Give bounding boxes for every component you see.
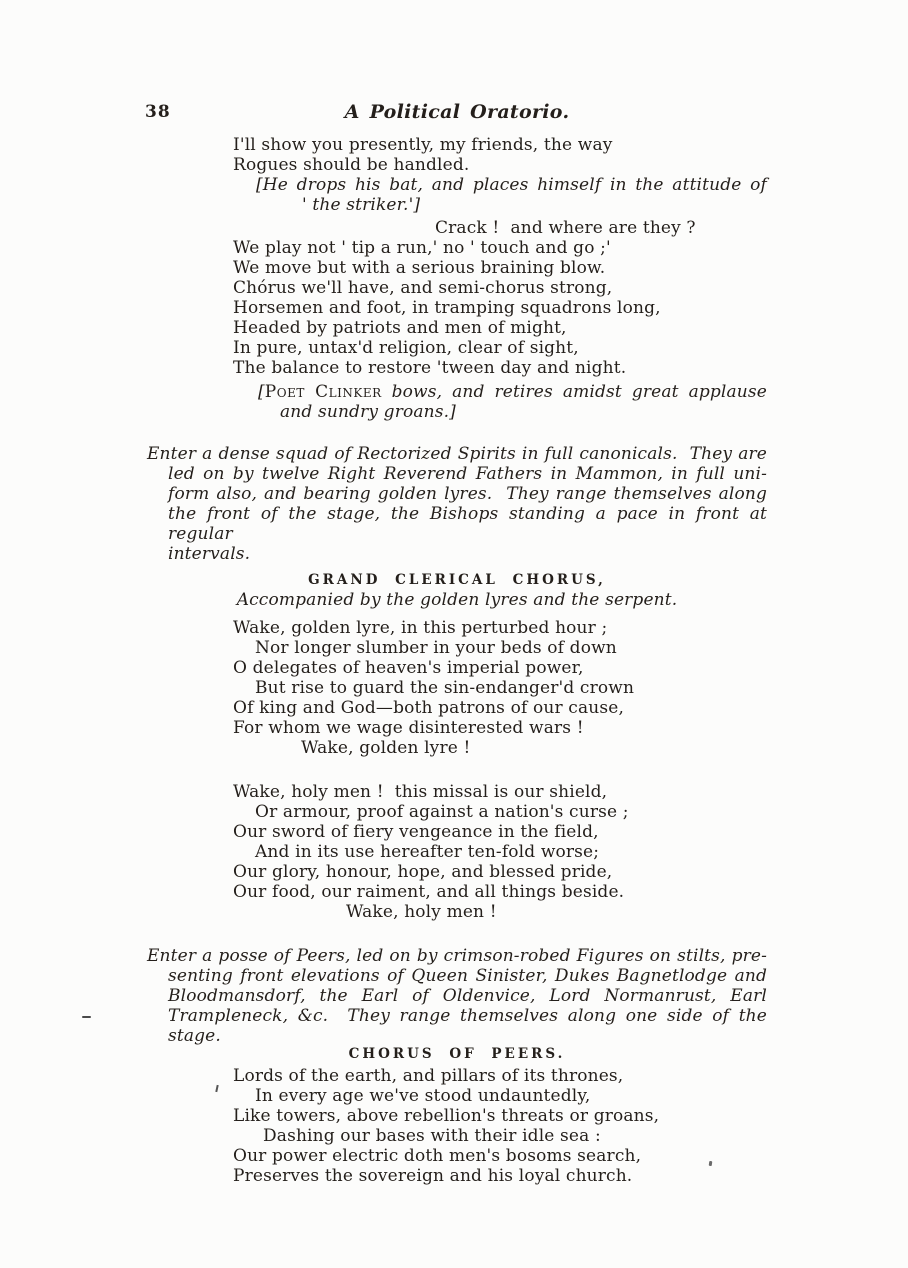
verse-line: Like towers, above rebellion's threats o… [233, 1106, 767, 1126]
verse-line: Wake, golden lyre, in this perturbed hou… [233, 618, 767, 638]
stage-direction-line: ' the striker.'] [302, 195, 767, 215]
verse-line: Preserves the sovereign and his loyal ch… [233, 1166, 767, 1186]
verse-line: For whom we wage disinterested wars ! [233, 718, 767, 738]
verse-line: We move but with a serious braining blow… [233, 258, 767, 278]
verse-line: Dashing our bases with their idle sea : [263, 1126, 767, 1146]
chorus-heading: GRAND CLERICAL CHORUS, [147, 570, 767, 590]
chorus-subheading: Accompanied by the golden lyres and the … [147, 590, 767, 610]
verse-line: Crack ! and where are they ? [435, 218, 767, 238]
chorus-heading: CHORUS OF PEERS. [147, 1044, 767, 1064]
verse-line: Our power electric doth men's bosoms sea… [233, 1146, 767, 1166]
running-title: A Political Oratorio. [147, 101, 767, 123]
spirits-stage-direction: Enter a dense squad of Rectorized Spirit… [147, 444, 767, 564]
page-number: 38 [145, 102, 171, 122]
verse-line: Nor longer slumber in your beds of down [255, 638, 767, 658]
verse-line: We play not ' tip a run,' no ' touch and… [233, 238, 767, 258]
stanza: Lords of the earth, and pillars of its t… [147, 1066, 767, 1186]
text-block: 38 A Political Oratorio. I'll show you p… [147, 0, 767, 1186]
verse-line: Our food, our raiment, and all things be… [233, 882, 767, 902]
stage-direction-line: [He drops his bat, and places himself in… [256, 175, 767, 195]
stage-direction-line: Bloodmansdorf, the Earl of Oldenvice, Lo… [168, 986, 767, 1006]
stage-direction-line: Enter a posse of Peers, led on by crimso… [147, 946, 767, 966]
verse-line: And in its use hereafter ten-fold worse; [255, 842, 767, 862]
stage-direction-line: Trampleneck, &c. They range themselves a… [168, 1006, 767, 1026]
verse-line: Wake, holy men ! this missal is our shie… [233, 782, 767, 802]
verse-line: Headed by patriots and men of might, [233, 318, 767, 338]
stanza: Wake, golden lyre, in this perturbed hou… [147, 618, 767, 758]
stage-direction-line: intervals. [168, 544, 767, 564]
verse-line: Of king and God—both patrons of our caus… [233, 698, 767, 718]
verse-line: Lords of the earth, and pillars of its t… [233, 1066, 767, 1086]
verse-line: But rise to guard the sin-endanger'd cro… [255, 678, 767, 698]
peers-stage-direction: Enter a posse of Peers, led on by crimso… [147, 946, 767, 1046]
exit-direction-line: and sundry groans.] [280, 402, 767, 422]
exit-direction: [Poet Clinker bows, and retires amidst g… [147, 382, 767, 422]
stage-direction-line: form also, and bearing golden lyres. The… [168, 484, 767, 504]
exit-direction-line: [Poet Clinker bows, and retires amidst g… [258, 382, 767, 402]
stage-direction-line: stage. [168, 1026, 767, 1046]
refrain-line: Wake, holy men ! [346, 902, 767, 922]
book-page: 38 A Political Oratorio. I'll show you p… [0, 0, 908, 1268]
verse-line: Our sword of fiery vengeance in the fiel… [233, 822, 767, 842]
open-bracket: [ [258, 382, 265, 402]
verse-line: Our glory, honour, hope, and blessed pri… [233, 862, 767, 882]
verse-line: O delegates of heaven's imperial power, [233, 658, 767, 678]
verse-line: The balance to restore 'tween day and ni… [233, 358, 767, 378]
exit-direction-text: bows, and retires amidst great applause [382, 382, 767, 402]
stage-direction-line: led on by twelve Right Reverend Fathers … [168, 464, 767, 484]
verse-line: Chórus we'll have, and semi-chorus stron… [233, 278, 767, 298]
stage-direction-line: the front of the stage, the Bishops stan… [168, 504, 767, 544]
stanza: Wake, holy men ! this missal is our shie… [147, 782, 767, 922]
scan-artifact [82, 1016, 91, 1018]
stage-direction-line: Enter a dense squad of Rectorized Spirit… [147, 444, 767, 464]
refrain-line: Wake, golden lyre ! [301, 738, 767, 758]
stage-direction-line: senting front elevations of Queen Sinist… [168, 966, 767, 986]
verse-line: Rogues should be handled. [233, 155, 767, 175]
verse-line: I'll show you presently, my friends, the… [233, 135, 767, 155]
clinker-speech: I'll show you presently, my friends, the… [147, 135, 767, 422]
verse-line: Or armour, proof against a nation's curs… [255, 802, 767, 822]
verse-line: In every age we've stood undauntedly, [255, 1086, 767, 1106]
character-name: Poet Clinker [265, 382, 382, 402]
page-header: 38 A Political Oratorio. [147, 101, 767, 123]
verse-line: In pure, untax'd religion, clear of sigh… [233, 338, 767, 358]
verse-line: Horsemen and foot, in tramping squadrons… [233, 298, 767, 318]
